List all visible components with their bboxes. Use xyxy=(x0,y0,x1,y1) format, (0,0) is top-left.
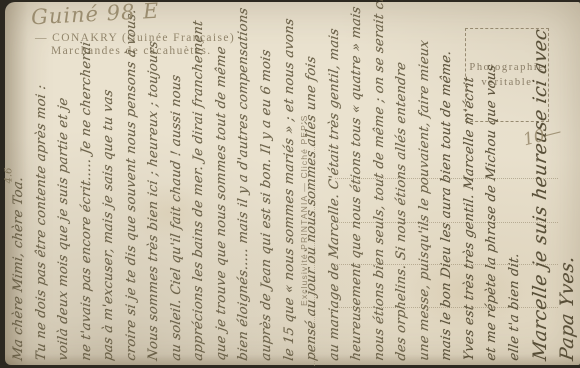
message-line: nous étions bien seuls, tout de même ; o… xyxy=(372,0,395,368)
message-line: que je trouve que nous sommes tout de mê… xyxy=(214,0,237,368)
message-line-signature: Papa Yves. xyxy=(557,0,580,368)
message-line: elle t'a bien dit. xyxy=(507,0,530,368)
message-line: bien éloignés..... mais il y a d'autres … xyxy=(236,0,259,368)
message-line: mais le bon Dieu les aura bien tout de m… xyxy=(439,0,462,368)
message-line: voilà deux mois que je suis partie et je xyxy=(56,0,79,368)
message-line: ne t'avais pas encore écrit..... Je ne c… xyxy=(79,0,102,368)
message-line: des orphelins. Si nous étions allés ente… xyxy=(394,0,417,368)
message-line: auprès de Jean qui est si bon. Il y a eu… xyxy=(259,0,282,368)
postcard-scan: — CONAKRY (Guinée Française) Marchandes … xyxy=(0,0,580,368)
message-line: Tu ne dois pas être contente après moi : xyxy=(34,0,57,368)
message-line: Nous sommes très bien ici ; heureux ; to… xyxy=(146,0,169,368)
message-line: pas à m'excuser, mais je sais que tu vas xyxy=(101,0,124,368)
message-line: et me répète la phrase de Michou que vou… xyxy=(484,0,507,368)
message-line: Yves est très très gentil. Marcelle m'éc… xyxy=(462,0,485,368)
handwritten-message: Ma chère Mimi, chère Toa. Tu ne dois pas… xyxy=(5,2,580,368)
message-line: une messe, puisqu'ils le pouvaient, fair… xyxy=(417,0,440,368)
pencil-margin-date: 4.6 xyxy=(3,168,14,184)
message-line: apprécions les bains de mer. Je dirai fr… xyxy=(191,0,214,368)
message-line: au mariage de Marcelle. C'était très gen… xyxy=(327,0,350,368)
message-line: le 15 que « nous sommes mariés » ; et no… xyxy=(282,0,305,368)
message-line: pensé au jour où nous sommes allés une f… xyxy=(304,0,327,368)
message-line: Ma chère Mimi, chère Toa. xyxy=(11,0,34,368)
message-line: au soleil. Ciel qu'il fait chaud ! aussi… xyxy=(169,0,192,368)
postcard-back: — CONAKRY (Guinée Française) Marchandes … xyxy=(5,2,580,365)
message-line: croire si je te dis que souvent nous pen… xyxy=(124,0,147,368)
message-line-signature: Marcelle je suis heureuse ici avec xyxy=(530,0,557,368)
message-line: heureusement que nous étions tous « quat… xyxy=(349,0,372,368)
